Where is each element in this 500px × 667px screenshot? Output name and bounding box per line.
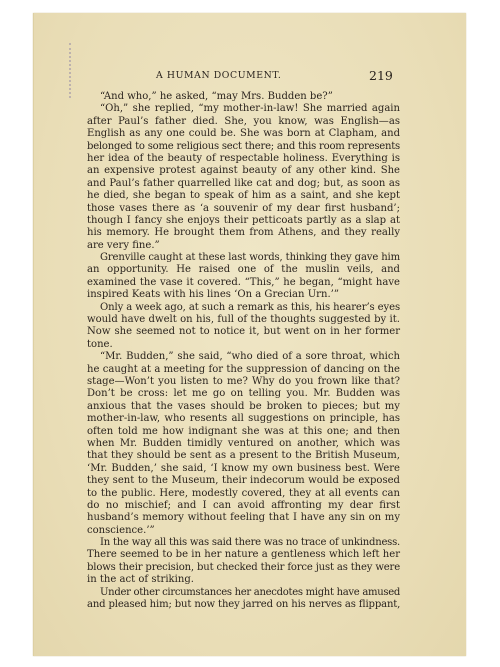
text-line: his memory. He brought them from Athens,… xyxy=(87,227,400,239)
text-line: conscience.’” xyxy=(87,525,400,537)
text-line: often told me how indignant she was at t… xyxy=(87,426,400,438)
text-line: do no mischief; and I can avoid affronti… xyxy=(87,500,400,512)
text-line: English as any one could be. She was bor… xyxy=(87,128,400,140)
text-line: after Paul’s father died. She, you know,… xyxy=(87,116,400,128)
text-line: belonged to some religious sect there; a… xyxy=(87,141,400,153)
running-head: A HUMAN DOCUMENT. 219 xyxy=(34,68,466,84)
text-line: Grenville caught at these last words, th… xyxy=(87,252,400,264)
text-line: Under other circumstances her anecdotes … xyxy=(87,587,400,599)
text-line: tone. xyxy=(87,339,400,351)
text-line: “Oh,” she replied, “my mother-in-law! Sh… xyxy=(87,103,400,115)
text-line: Don’t be cross: let me go on telling you… xyxy=(87,388,400,400)
text-line: when Mr. Budden timidly ventured on anot… xyxy=(87,438,400,450)
text-line: are very fine.” xyxy=(87,240,400,252)
text-line: There seemed to be in her nature a gentl… xyxy=(87,549,400,561)
text-line: blows their precision, but checked their… xyxy=(87,562,400,574)
text-line: inspired Keats with his lines ‘On a Grec… xyxy=(87,289,400,301)
text-line: “Mr. Budden,” she said, “who died of a s… xyxy=(87,351,400,363)
text-line: stage—Won’t you listen to me? Why do you… xyxy=(87,376,400,388)
text-line: those vases there as ‘a souvenir of my d… xyxy=(87,203,400,215)
text-line: husband’s memory without feeling that I … xyxy=(87,512,400,524)
text-line: in the act of striking. xyxy=(87,574,400,586)
text-line: though I fancy she enjoys their petticoa… xyxy=(87,215,400,227)
text-line: anxious that the vases should be broken … xyxy=(87,401,400,413)
text-line: that they should be sent as a present to… xyxy=(87,450,400,462)
text-line: examined the vase it covered. “This,” he… xyxy=(87,277,400,289)
text-line: an expensive protest against beauty of a… xyxy=(87,165,400,177)
text-line: would have dwelt on his, full of the tho… xyxy=(87,314,400,326)
text-line: Now she seemed not to notice it, but wen… xyxy=(87,326,400,338)
text-line: to the public. Here, modestly covered, t… xyxy=(87,488,400,500)
text-line: and pleased him; but now they jarred on … xyxy=(87,599,400,611)
text-line: and Paul’s father quarrelled like cat an… xyxy=(87,178,400,190)
text-line: her idea of the beauty of respectable ho… xyxy=(87,153,400,165)
book-page: A HUMAN DOCUMENT. 219 “And who,” he aske… xyxy=(33,13,466,656)
text-line: ‘Mr. Budden,’ she said, ‘I know my own b… xyxy=(87,463,400,475)
text-line: he caught at a meeting for the suppressi… xyxy=(87,364,400,376)
text-line: he died, she began to speak of him as a … xyxy=(87,190,400,202)
text-line: Only a week ago, at such a remark as thi… xyxy=(87,302,400,314)
text-line: they sent to the Museum, their indecorum… xyxy=(87,475,400,487)
text-line: mother-in-law, who resents all suggestio… xyxy=(87,413,400,425)
page-number: 219 xyxy=(369,68,393,83)
text-line: an opportunity. He raised one of the mus… xyxy=(87,264,400,276)
text-line: In the way all this was said there was n… xyxy=(87,537,400,549)
running-title: A HUMAN DOCUMENT. xyxy=(156,70,281,81)
text-line: “And who,” he asked, “may Mrs. Budden be… xyxy=(87,91,400,103)
body-text: “And who,” he asked, “may Mrs. Budden be… xyxy=(87,91,400,611)
